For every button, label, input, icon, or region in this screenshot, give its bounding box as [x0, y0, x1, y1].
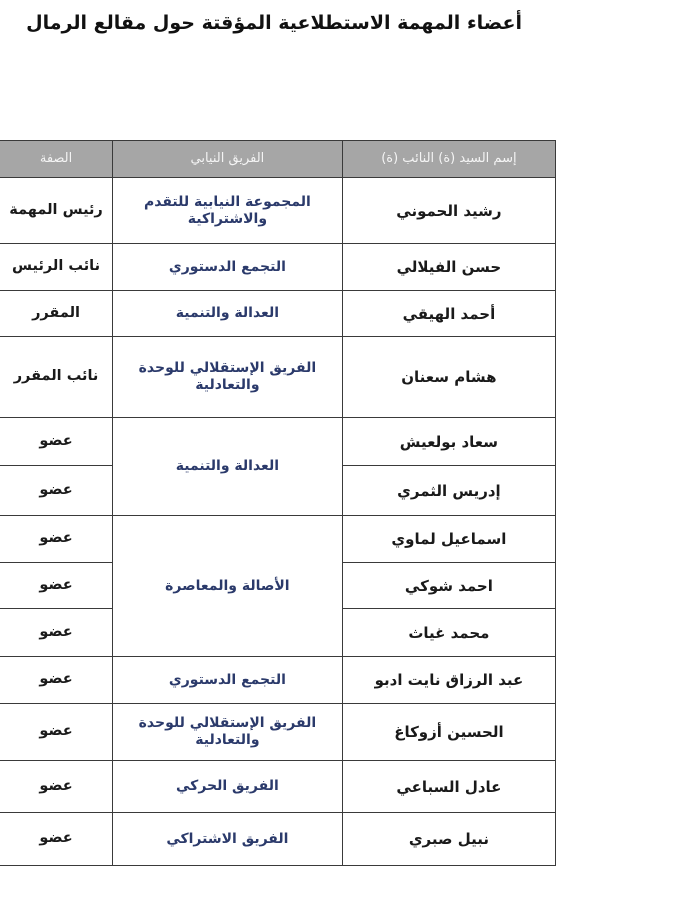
- member-role: عضو: [0, 516, 112, 563]
- table-header-row: إسم السيد (ة) النائب (ة) الفريق النيابي …: [0, 141, 556, 178]
- member-name: احمد شوكي: [342, 563, 555, 609]
- document-title: أعضاء المهمة الاستطلاعية المؤقتة حول مقا…: [26, 12, 522, 34]
- header-role: الصفة: [0, 141, 112, 178]
- member-group: التجمع الدستوري: [112, 244, 342, 291]
- member-name: اسماعيل لماوي: [342, 516, 555, 563]
- member-name: هشام سعنان: [342, 337, 555, 418]
- member-role: عضو: [0, 609, 112, 657]
- table-row: هشام سعنان الفريق الإستقلالي للوحدة والت…: [0, 337, 556, 418]
- member-role: رئيس المهمة: [0, 178, 112, 244]
- member-name: إدريس الثمري: [342, 466, 555, 516]
- members-table: إسم السيد (ة) النائب (ة) الفريق النيابي …: [0, 140, 556, 866]
- member-role: عضو: [0, 813, 112, 866]
- table-row: نبيل صبري الفريق الاشتراكي عضو: [0, 813, 556, 866]
- member-group-merged: الأصالة والمعاصرة: [112, 516, 342, 657]
- member-group: المجموعة النيابية للتقدم والاشتراكية: [112, 178, 342, 244]
- member-role: عضو: [0, 657, 112, 704]
- table-row: سعاد بولعيش العدالة والتنمية عضو: [0, 418, 556, 466]
- member-role: عضو: [0, 761, 112, 813]
- member-group: الفريق الحركي: [112, 761, 342, 813]
- member-name: سعاد بولعيش: [342, 418, 555, 466]
- header-group: الفريق النيابي: [112, 141, 342, 178]
- member-group: التجمع الدستوري: [112, 657, 342, 704]
- member-role: نائب المقرر: [0, 337, 112, 418]
- member-group: الفريق الإستقلالي للوحدة والتعادلية: [112, 337, 342, 418]
- member-name: الحسين أزوكاغ: [342, 704, 555, 761]
- table-row: عبد الرزاق نايت ادبو التجمع الدستوري عضو: [0, 657, 556, 704]
- member-role: المقرر: [0, 291, 112, 337]
- member-role: عضو: [0, 704, 112, 761]
- table-row: الحسين أزوكاغ الفريق الإستقلالي للوحدة و…: [0, 704, 556, 761]
- member-name: عبد الرزاق نايت ادبو: [342, 657, 555, 704]
- member-role: نائب الرئيس: [0, 244, 112, 291]
- header-name: إسم السيد (ة) النائب (ة): [342, 141, 555, 178]
- member-group: العدالة والتنمية: [112, 291, 342, 337]
- table-row: عادل السباعي الفريق الحركي عضو: [0, 761, 556, 813]
- table-row: رشيد الحموني المجموعة النيابية للتقدم وا…: [0, 178, 556, 244]
- member-role: عضو: [0, 466, 112, 516]
- member-name: محمد غياث: [342, 609, 555, 657]
- member-name: أحمد الهيقي: [342, 291, 555, 337]
- member-name: حسن الفيلالي: [342, 244, 555, 291]
- member-role: عضو: [0, 418, 112, 466]
- member-name: نبيل صبري: [342, 813, 555, 866]
- table-row: اسماعيل لماوي الأصالة والمعاصرة عضو: [0, 516, 556, 563]
- member-group: الفريق الإستقلالي للوحدة والتعادلية: [112, 704, 342, 761]
- member-name: عادل السباعي: [342, 761, 555, 813]
- member-role: عضو: [0, 563, 112, 609]
- member-group-merged: العدالة والتنمية: [112, 418, 342, 516]
- member-name: رشيد الحموني: [342, 178, 555, 244]
- member-group: الفريق الاشتراكي: [112, 813, 342, 866]
- table-row: أحمد الهيقي العدالة والتنمية المقرر: [0, 291, 556, 337]
- table-row: حسن الفيلالي التجمع الدستوري نائب الرئيس: [0, 244, 556, 291]
